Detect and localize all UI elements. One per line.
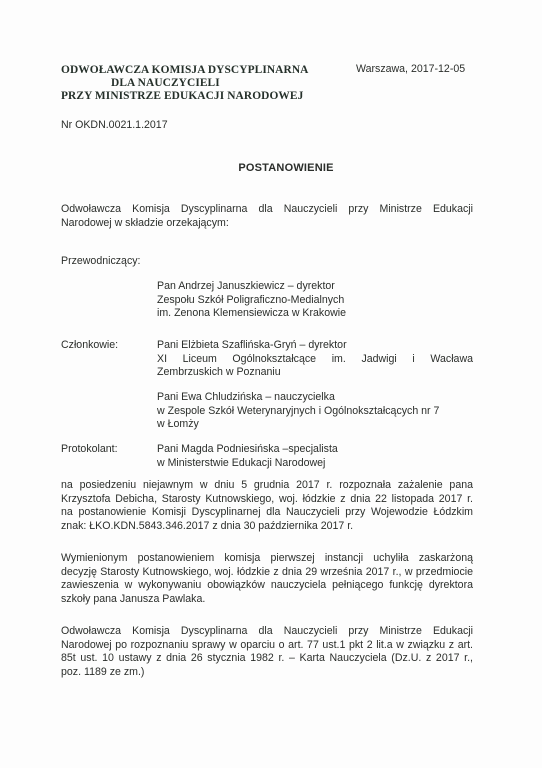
clerk-details: Pani Magda Podniesińska –specjalista w M… [157,443,338,470]
member-1-line-2: XI Liceum Ogólnokształcące im. Jadwigi i… [157,353,473,367]
member-1-line-3: Zembrzuskich w Poznaniu [157,366,473,380]
place-date: Warszawa, 2017-12-05 [356,63,465,77]
paragraph-2-line: decyzję Starosty Kutnowskiego, woj. łódz… [61,566,473,580]
paragraph-1-line: na posiedzeniu niejawnym w dniu 5 grudni… [61,479,473,493]
chair-line-2: Zespołu Szkół Poligraficzno-Medialnych [157,294,346,308]
member-1-details: Pani Elżbieta Szaflińska-Gryń – dyrektor… [157,339,473,380]
clerk-line-1: Pani Magda Podniesińska –specjalista [157,443,338,457]
paragraph-3: Odwoławcza Komisja Dyscyplinarna dla Nau… [61,625,473,679]
intro-paragraph: Odwoławcza Komisja Dyscyplinarna dla Nau… [61,203,473,230]
paragraph-2-line: szkoły pana Janusza Pawlaka. [61,593,473,607]
paragraph-3-line: 85t ust. 10 ustawy z dnia 26 stycznia 19… [61,652,473,666]
chair-line-1: Pan Andrzej Januszkiewicz – dyrektor [157,280,346,294]
paragraph-3-line: Odwoławcza Komisja Dyscyplinarna dla Nau… [61,625,473,639]
member-2-line-3: w Łomży [157,418,439,432]
institution-header: ODWOŁAWCZA KOMISJA DYSCYPLINARNA DLA NAU… [61,64,301,103]
institution-line-3: PRZY MINISTRZE EDUKACJI NARODOWEJ [61,90,301,103]
paragraph-3-line: poz. 1189 ze zm.) [61,666,473,680]
member-2-line-2: w Zespole Szkół Weterynaryjnych i Ogólno… [157,405,439,419]
document-title: POSTANOWIENIE [0,162,542,174]
member-1-line-1: Pani Elżbieta Szaflińska-Gryń – dyrektor [157,339,473,353]
chair-line-3: im. Zenona Klemensiewicza w Krakowie [157,307,346,321]
paragraph-2-line: Wymienionym postanowieniem komisja pierw… [61,552,473,566]
member-2-line-1: Pani Ewa Chludzińska – nauczycielka [157,391,439,405]
paragraph-1-line: Krzysztofa Debicha, Starosty Kutnowskieg… [61,493,473,507]
chair-details: Pan Andrzej Januszkiewicz – dyrektor Zes… [157,280,346,321]
paragraph-1-line: znak: ŁKO.KDN.5843.346.2017 z dnia 30 pa… [61,520,473,534]
paragraph-1-line: na postanowienie Komisji Dyscyplinarnej … [61,506,473,520]
institution-line-2: DLA NAUCZYCIELI [61,77,301,90]
chair-label: Przewodniczący: [61,255,140,269]
member-2-details: Pani Ewa Chludzińska – nauczycielka w Ze… [157,391,439,432]
intro-line-2: Narodowej w składzie orzekającym: [61,217,473,231]
paragraph-3-line: Narodowej po rozpoznaniu sprawy w oparci… [61,639,473,653]
members-label: Członkowie: [61,339,118,353]
paragraph-2: Wymienionym postanowieniem komisja pierw… [61,552,473,606]
reference-number: Nr OKDN.0021.1.2017 [61,119,168,133]
clerk-line-2: w Ministerstwie Edukacji Narodowej [157,457,338,471]
paragraph-1: na posiedzeniu niejawnym w dniu 5 grudni… [61,479,473,533]
paragraph-2-line: zawieszenia w wykonywaniu obowiązków nau… [61,579,473,593]
clerk-label: Protokolant: [61,443,118,457]
institution-line-1: ODWOŁAWCZA KOMISJA DYSCYPLINARNA [61,64,301,77]
intro-line-1: Odwoławcza Komisja Dyscyplinarna dla Nau… [61,203,473,217]
